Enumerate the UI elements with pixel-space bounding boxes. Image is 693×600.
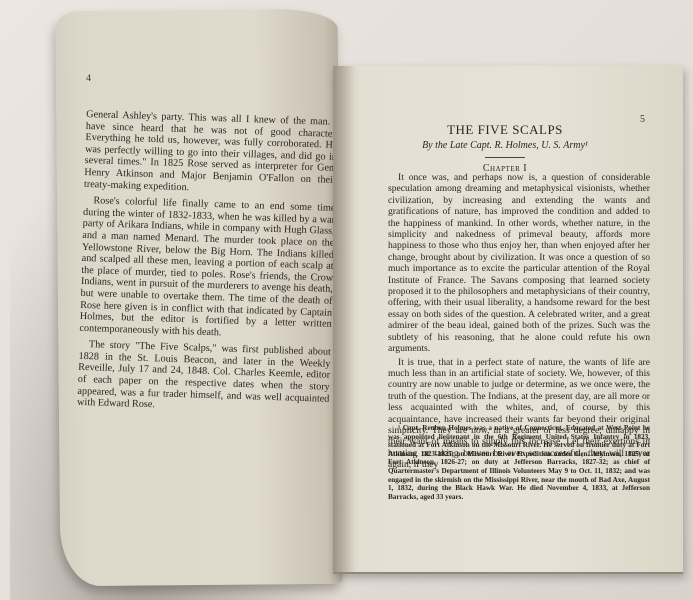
- paragraph: The story "The Five Scalps," was first p…: [77, 339, 331, 416]
- paragraph: Rose's colorful life finally came to an …: [79, 195, 335, 342]
- divider: [485, 157, 525, 158]
- story-title: THE FIVE SCALPS: [360, 122, 650, 138]
- left-page: 4 General Ashley's party. This was all I…: [55, 9, 342, 586]
- byline: By the Late Capt. R. Holmes, U. S. Army¹: [360, 140, 650, 151]
- book-spine: [333, 66, 355, 572]
- paragraph: It once was, and perhaps now is, a quest…: [388, 172, 650, 355]
- page-number-left: 4: [86, 73, 91, 84]
- chapter-heading: THE FIVE SCALPS By the Late Capt. R. Hol…: [360, 122, 650, 174]
- footnote: ¹ Capt. Reuben Holmes was a native of Co…: [388, 424, 650, 501]
- left-page-body: General Ashley's party. This was all I k…: [77, 109, 338, 422]
- paragraph: General Ashley's party. This was all I k…: [84, 109, 338, 198]
